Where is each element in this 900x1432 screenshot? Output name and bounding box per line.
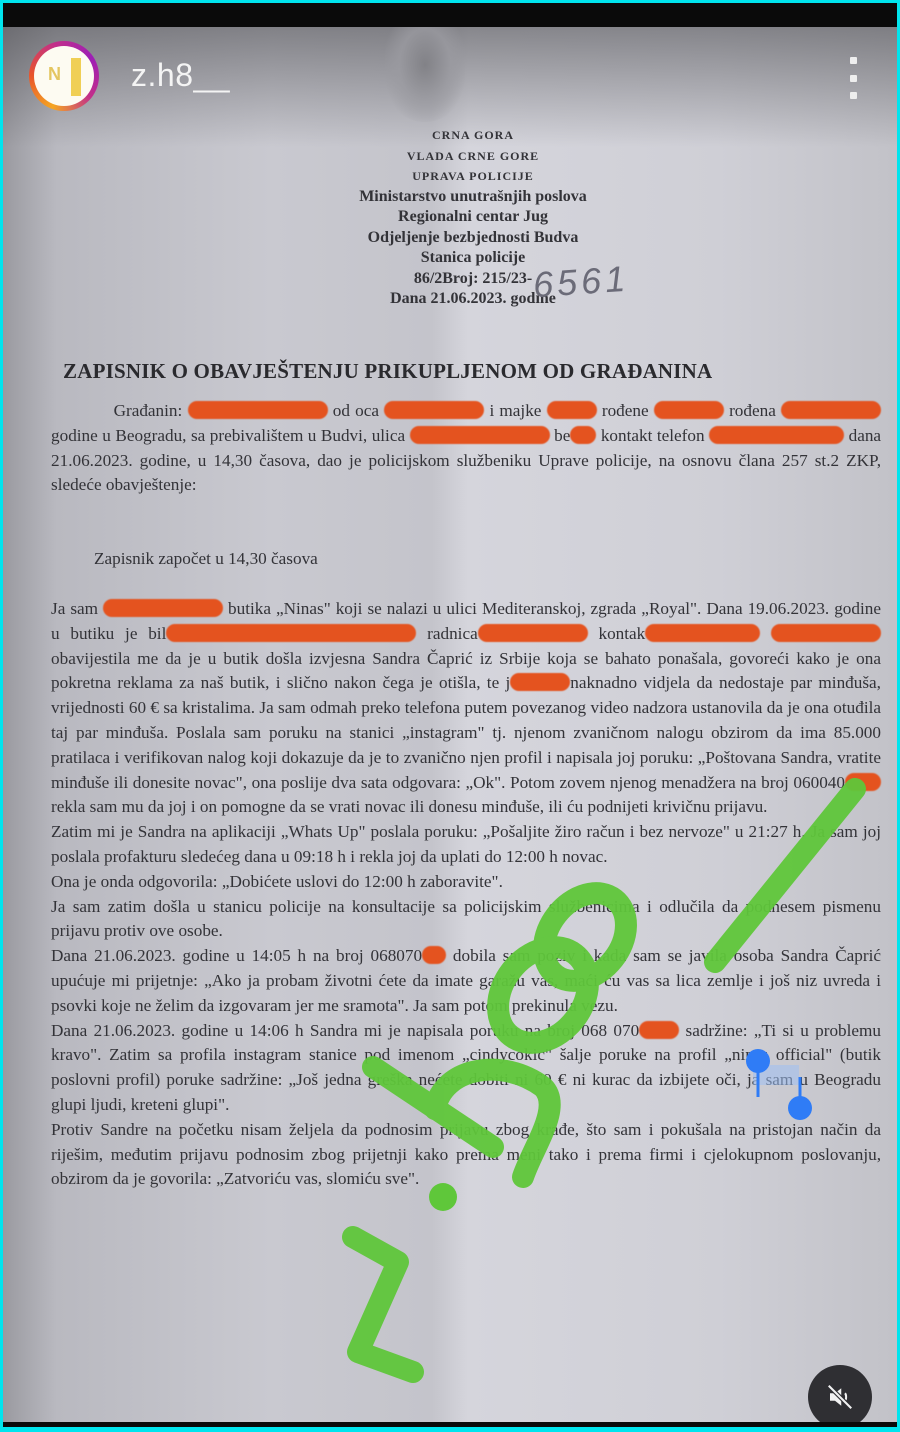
header-line: VLADA CRNE GORE bbox=[303, 146, 643, 167]
redaction bbox=[103, 599, 223, 617]
statement-paragraph: Ona je onda odgovorila: „Dobićete uslovi… bbox=[51, 870, 881, 895]
story-header: N z.h8__ bbox=[3, 27, 897, 123]
bottom-bar bbox=[3, 1422, 897, 1427]
redaction bbox=[570, 426, 596, 444]
redaction bbox=[709, 426, 844, 444]
redaction bbox=[547, 401, 597, 419]
statement-body: Ja sam butika „Ninas" koji se nalazi u u… bbox=[51, 597, 881, 1192]
speaker-muted-icon bbox=[825, 1382, 855, 1412]
story-frame: CRNA GORA VLADA CRNE GORE UPRAVA POLICIJ… bbox=[3, 3, 897, 1427]
redaction bbox=[478, 624, 588, 642]
handwritten-number: 6561 bbox=[532, 258, 631, 307]
redaction bbox=[639, 1021, 679, 1039]
start-note: Zapisnik započet u 14,30 časova bbox=[51, 547, 881, 572]
document-title: ZAPISNIK O OBAVJEŠTENJU PRIKUPLJENOM OD … bbox=[63, 359, 853, 384]
statement-paragraph: Ja sam zatim došla u stanicu policije na… bbox=[51, 895, 881, 945]
redaction bbox=[384, 401, 484, 419]
story-content[interactable]: CRNA GORA VLADA CRNE GORE UPRAVA POLICIJ… bbox=[3, 27, 897, 1422]
avatar: N bbox=[34, 46, 94, 106]
redaction bbox=[422, 946, 446, 964]
header-line: Odjeljenje bezbjednosti Budva bbox=[303, 228, 643, 249]
redaction bbox=[781, 401, 881, 419]
intro-paragraph: Građanin: od oca i majke rođene rođena g… bbox=[51, 399, 881, 498]
redaction bbox=[645, 624, 760, 642]
story-avatar[interactable]: N bbox=[29, 41, 99, 111]
header-line: Regionalni centar Jug bbox=[303, 207, 643, 228]
redaction bbox=[771, 624, 881, 642]
mute-button[interactable] bbox=[808, 1365, 872, 1422]
header-line: UPRAVA POLICIJE bbox=[303, 166, 643, 187]
header-line: Ministarstvo unutrašnjih poslova bbox=[303, 187, 643, 208]
redaction bbox=[654, 401, 724, 419]
redaction bbox=[410, 426, 550, 444]
avatar-logo-icon: N bbox=[48, 64, 61, 85]
redaction bbox=[188, 401, 328, 419]
avatar-logo-bar bbox=[71, 58, 81, 96]
statement-paragraph: Protiv Sandre na početku nisam željela d… bbox=[51, 1118, 881, 1192]
police-document: CRNA GORA VLADA CRNE GORE UPRAVA POLICIJ… bbox=[3, 27, 897, 1422]
username[interactable]: z.h8__ bbox=[131, 57, 230, 94]
more-vertical-icon[interactable] bbox=[843, 57, 863, 99]
redaction bbox=[845, 773, 881, 791]
redaction bbox=[510, 673, 570, 691]
redaction bbox=[166, 624, 416, 642]
statement-paragraph: Zatim mi je Sandra na aplikaciji „Whats … bbox=[51, 820, 881, 870]
header-line: CRNA GORA bbox=[303, 125, 643, 146]
